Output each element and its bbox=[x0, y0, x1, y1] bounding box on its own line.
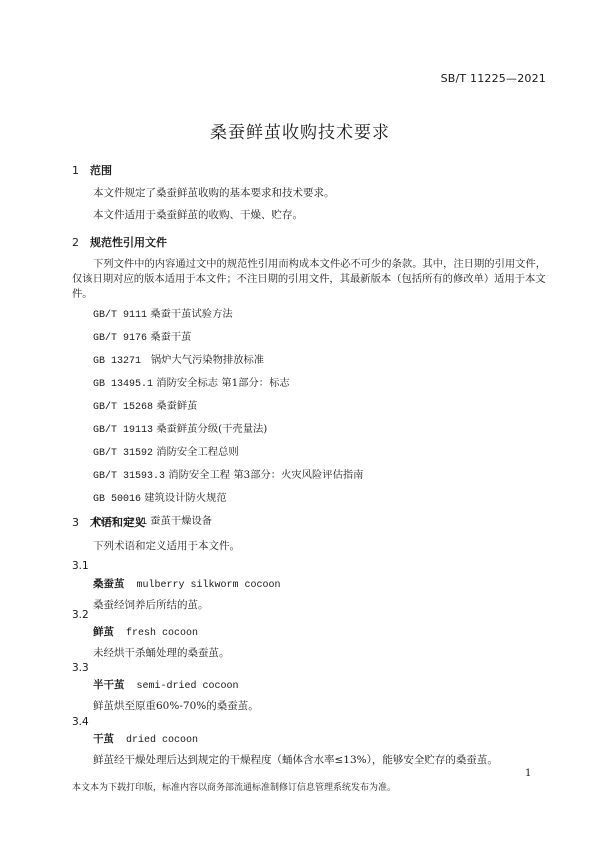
section-title: 范围 bbox=[90, 164, 112, 177]
clause-number: 3.4 bbox=[72, 716, 89, 728]
section-number: 1 bbox=[72, 164, 90, 177]
term-entry: 鲜茧fresh cocoon bbox=[93, 624, 198, 639]
clause-number: 3.3 bbox=[72, 662, 89, 674]
page-number: 1 bbox=[525, 768, 531, 779]
reference-item: GB 50016 建筑设计防火规范 bbox=[93, 489, 227, 505]
reference-item: GB 13495.1 消防安全标志 第1部分：标志 bbox=[93, 374, 290, 390]
section-number: 3 bbox=[72, 516, 90, 529]
section-title: 术语和定义 bbox=[90, 516, 145, 529]
document-number: SB/T 11225—2021 bbox=[441, 72, 546, 85]
term-entry: 桑蚕茧mulberry silkworm cocoon bbox=[93, 576, 281, 591]
term-entry: 半干茧semi-dried cocoon bbox=[93, 677, 239, 692]
term-definition: 鲜茧烘至原重60%-70%的桑蚕茧。 bbox=[93, 698, 259, 713]
page-title: 桑蚕鲜茧收购技术要求 bbox=[0, 118, 600, 143]
section-heading-3: 3术语和定义 bbox=[72, 514, 145, 530]
term-definition: 未经烘干杀蛹处理的桑蚕茧。 bbox=[93, 645, 230, 660]
paragraph: 本文件规定了桑蚕鲜茧收购的基本要求和技术要求。 bbox=[93, 185, 335, 200]
clause-number: 3.2 bbox=[72, 609, 89, 621]
reference-item: GB/T 9111 桑蚕干茧试验方法 bbox=[93, 305, 233, 321]
term-definition: 桑蚕经饲养后所结的茧。 bbox=[93, 597, 209, 612]
reference-item: GB 13271 锅炉大气污染物排放标准 bbox=[93, 351, 264, 367]
paragraph: 下列术语和定义适用于本文件。 bbox=[93, 538, 240, 553]
reference-item: GB/T 15268 桑蚕鲜茧 bbox=[93, 397, 197, 413]
paragraph: 本文件适用于桑蚕鲜茧的收购、干燥、贮存。 bbox=[93, 207, 303, 222]
section-heading-2: 2规范性引用文件 bbox=[72, 234, 167, 250]
reference-item: GB/T 19113 桑蚕鲜茧分级(干壳量法) bbox=[93, 420, 267, 436]
reference-item: GB/T 9176 桑蚕干茧 bbox=[93, 328, 191, 344]
clause-number: 3.1 bbox=[72, 560, 89, 572]
reference-item: GB/T 31593.3 消防安全工程 第3部分：火灾风险评估指南 bbox=[93, 466, 363, 482]
term-entry: 干茧dried cocoon bbox=[93, 731, 198, 746]
term-definition: 鲜茧经干燥处理后达到规定的干燥程度（蛹体含水率≤13%），能够安全贮存的桑蚕茧。 bbox=[93, 752, 498, 767]
section-number: 2 bbox=[72, 236, 90, 249]
section-heading-1: 1范围 bbox=[72, 162, 112, 178]
reference-item: GB/T 31592 消防安全工程总则 bbox=[93, 443, 239, 459]
section-title: 规范性引用文件 bbox=[90, 236, 167, 249]
references-intro: 下列文件中的内容通过文中的规范性引用而构成本文件必不可少的条款。其中，注日期的引… bbox=[72, 257, 550, 302]
footer-note: 本文本为下载打印版，标准内容以商务部流通标准制修订信息管理系统发布为准。 bbox=[72, 780, 396, 793]
